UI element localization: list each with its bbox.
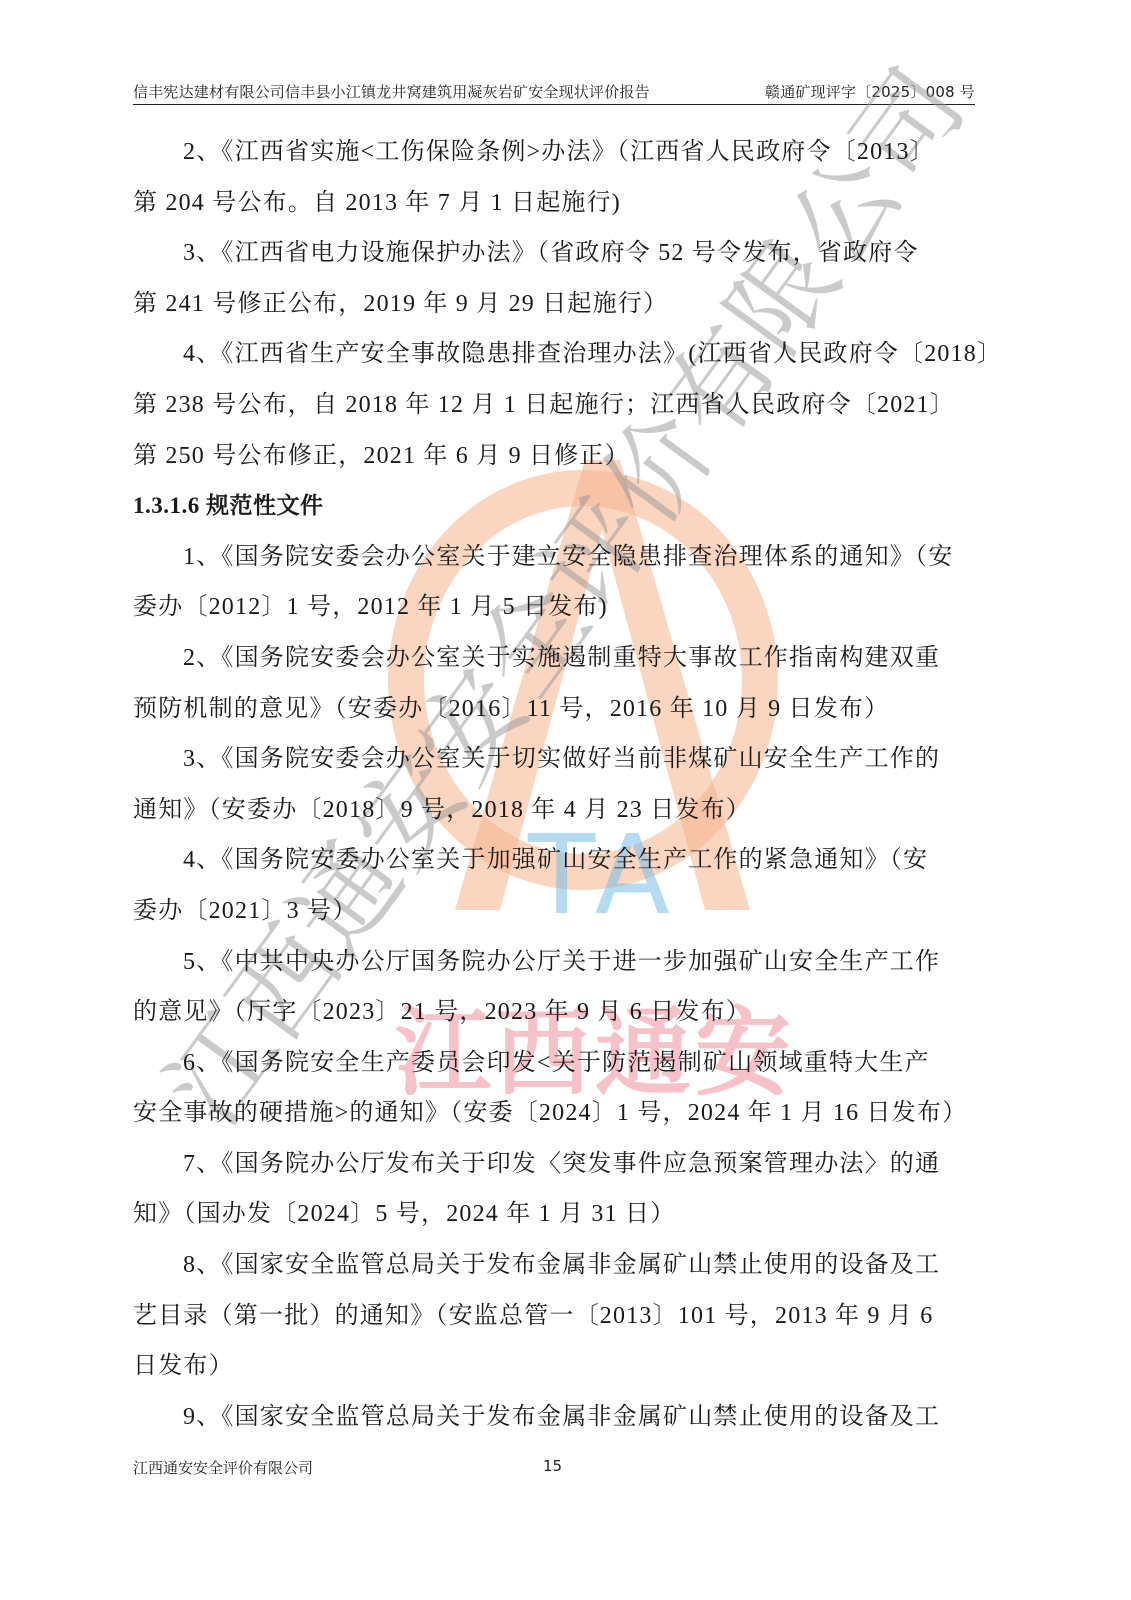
page-header: 信丰宪达建材有限公司信丰县小江镇龙井窝建筑用凝灰岩矿安全现状评价报告 赣通矿现评… bbox=[133, 76, 975, 105]
paragraph-line: 第 250 号公布修正，2021 年 6 月 9 日修正） bbox=[133, 432, 975, 483]
paragraph-line: 4、《江西省生产安全事故隐患排查治理办法》(江西省人民政府令〔2018〕 bbox=[133, 330, 975, 381]
page-number: 15 bbox=[543, 1457, 562, 1475]
paragraph-line: 2、《国务院安委会办公室关于实施遏制重特大事故工作指南构建双重 bbox=[133, 634, 975, 685]
footer-company: 江西通安安全评价有限公司 bbox=[133, 1459, 313, 1477]
paragraph-line: 预防机制的意见》（安委办〔2016〕11 号，2016 年 10 月 9 日发布… bbox=[133, 685, 975, 736]
page-footer: 江西通安安全评价有限公司 15 bbox=[133, 1457, 975, 1478]
paragraph-line: 日发布） bbox=[133, 1342, 975, 1393]
paragraph-line: 艺目录（第一批）的通知》（安监总管一〔2013〕101 号，2013 年 9 月… bbox=[133, 1292, 975, 1343]
paragraph-line: 第 241 号修正公布，2019 年 9 月 29 日起施行） bbox=[133, 280, 975, 331]
paragraph-line: 9、《国家安全监管总局关于发布金属非金属矿山禁止使用的设备及工 bbox=[133, 1393, 975, 1444]
paragraph-line: 3、《江西省电力设施保护办法》（省政府令 52 号令发布，省政府令 bbox=[133, 229, 975, 280]
paragraph-line: 委办〔2012〕1 号，2012 年 1 月 5 日发布) bbox=[133, 583, 975, 634]
paragraph-line: 委办〔2021〕3 号） bbox=[133, 887, 975, 938]
paragraph-line: 1、《国务院安委会办公室关于建立安全隐患排查治理体系的通知》（安 bbox=[133, 533, 975, 584]
paragraph-line: 8、《国家安全监管总局关于发布金属非金属矿山禁止使用的设备及工 bbox=[133, 1241, 975, 1292]
paragraph-line: 安全事故的硬措施>的通知》（安委〔2024〕1 号，2024 年 1 月 16 … bbox=[133, 1089, 975, 1140]
paragraph-line: 5、《中共中央办公厅国务院办公厅关于进一步加强矿山安全生产工作 bbox=[133, 938, 975, 989]
header-title: 信丰宪达建材有限公司信丰县小江镇龙井窝建筑用凝灰岩矿安全现状评价报告 bbox=[133, 81, 650, 102]
section-heading: 1.3.1.6 规范性文件 bbox=[133, 482, 975, 533]
paragraph-line: 知》（国办发〔2024〕5 号，2024 年 1 月 31 日） bbox=[133, 1190, 975, 1241]
paragraph-line: 3、《国务院安委会办公室关于切实做好当前非煤矿山安全生产工作的 bbox=[133, 735, 975, 786]
paragraph-line: 第 204 号公布。自 2013 年 7 月 1 日起施行) bbox=[133, 179, 975, 230]
paragraph-line: 4、《国务院安委办公室关于加强矿山安全生产工作的紧急通知》（安 bbox=[133, 836, 975, 887]
paragraph-line: 7、《国务院办公厅发布关于印发〈突发事件应急预案管理办法〉的通 bbox=[133, 1140, 975, 1191]
paragraph-line: 的意见》（厅字〔2023〕21 号，2023 年 9 月 6 日发布） bbox=[133, 988, 975, 1039]
paragraph-line: 第 238 号公布，自 2018 年 12 月 1 日起施行；江西省人民政府令〔… bbox=[133, 381, 975, 432]
header-doc-number: 赣通矿现评字〔2025〕008 号 bbox=[765, 81, 975, 102]
paragraph-line: 2、《江西省实施<工伤保险条例>办法》（江西省人民政府令〔2013〕 bbox=[133, 128, 975, 179]
paragraph-line: 6、《国务院安全生产委员会印发<关于防范遏制矿山领域重特大生产 bbox=[133, 1039, 975, 1090]
paragraph-line: 通知》（安委办〔2018〕9 号，2018 年 4 月 23 日发布） bbox=[133, 786, 975, 837]
document-body: 2、《江西省实施<工伤保险条例>办法》（江西省人民政府令〔2013〕 第 204… bbox=[133, 128, 975, 1443]
